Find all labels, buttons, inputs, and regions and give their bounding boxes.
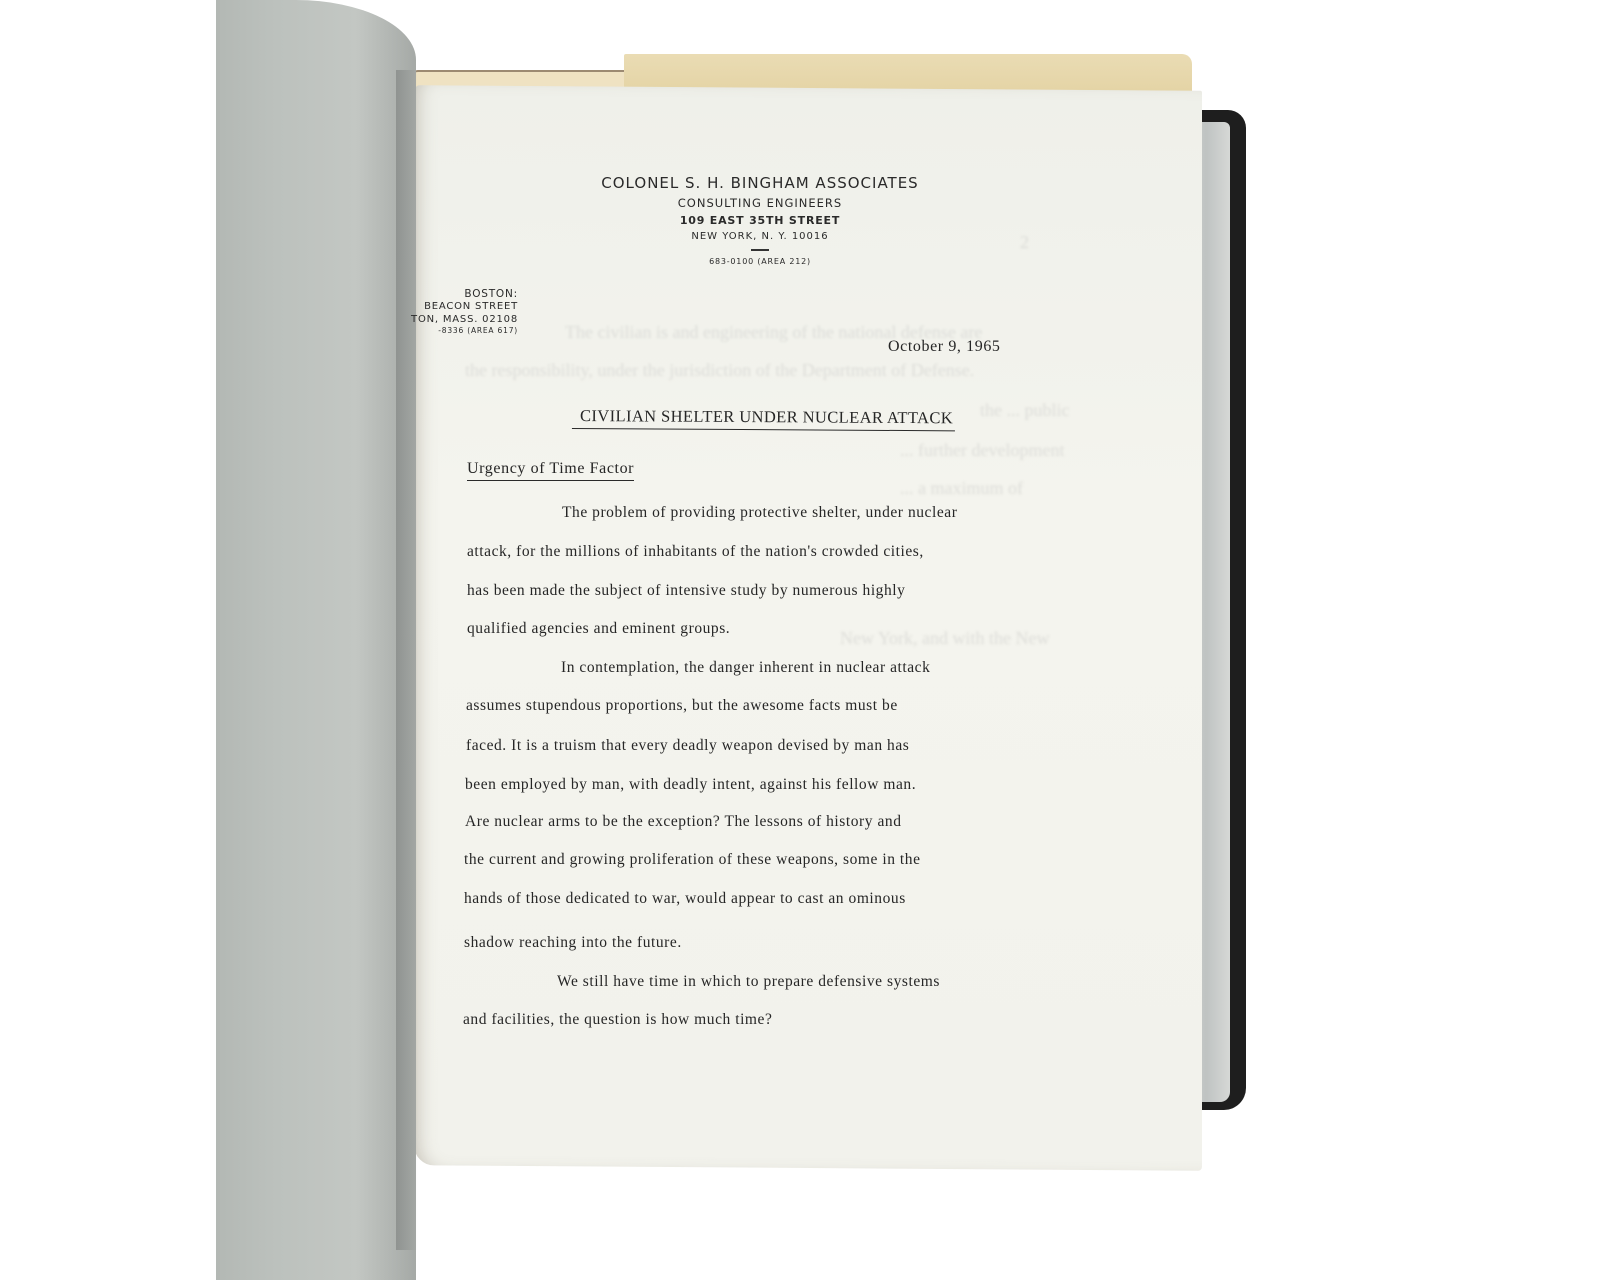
bleed-line: ... further development: [900, 440, 1064, 461]
bleed-line: ... a maximum of: [900, 478, 1023, 499]
gutter-shadow: [396, 70, 418, 1250]
body-line: the current and growing proliferation of…: [464, 851, 921, 869]
body-line: hands of those dedicated to war, would a…: [464, 890, 906, 908]
body-line: assumes stupendous proportions, but the …: [466, 697, 898, 715]
firm-name: COLONEL S. H. BINGHAM ASSOCIATES: [560, 174, 960, 192]
body-line: faced. It is a truism that every deadly …: [466, 737, 909, 755]
body-line: been employed by man, with deadly intent…: [465, 776, 916, 794]
letterhead: COLONEL S. H. BINGHAM ASSOCIATES CONSULT…: [560, 174, 960, 266]
body-line: Are nuclear arms to be the exception? Th…: [465, 813, 902, 831]
document-date: October 9, 1965: [888, 338, 1001, 356]
body-line: and facilities, the question is how much…: [463, 1011, 772, 1029]
body-line: shadow reaching into the future.: [464, 934, 682, 952]
body-line: has been made the subject of intensive s…: [467, 582, 905, 600]
letterhead-rule: [751, 249, 769, 251]
branch-label: BOSTON:: [388, 288, 518, 301]
curled-left-page: [216, 0, 416, 1280]
bleed-page-number: 2: [1020, 232, 1029, 253]
branch-phone: -8336 (AREA 617): [388, 326, 518, 335]
document-title: CIVILIAN SHELTER UNDER NUCLEAR ATTACK: [572, 406, 955, 431]
body-line: attack, for the millions of inhabitants …: [467, 543, 924, 561]
bleed-line: New York, and with the New: [840, 628, 1049, 649]
firm-city: NEW YORK, N. Y. 10016: [560, 231, 960, 242]
body-line: qualified agencies and eminent groups.: [467, 620, 730, 638]
firm-subtitle: CONSULTING ENGINEERS: [560, 196, 960, 210]
body-line: The problem of providing protective shel…: [562, 504, 957, 522]
firm-address: 109 EAST 35TH STREET: [560, 214, 960, 227]
branch-street: BEACON STREET: [388, 301, 518, 314]
firm-phone: 683-0100 (AREA 212): [560, 257, 960, 266]
branch-office: BOSTON: BEACON STREET TON, MASS. 02108 -…: [388, 288, 518, 336]
bleed-line: the responsibility, under the jurisdicti…: [465, 360, 974, 381]
body-line: We still have time in which to prepare d…: [557, 973, 940, 991]
bleed-line: the ... public: [980, 400, 1069, 421]
section-heading: Urgency of Time Factor: [467, 460, 634, 481]
branch-city: TON, MASS. 02108: [388, 314, 518, 327]
body-line: In contemplation, the danger inherent in…: [561, 659, 930, 677]
